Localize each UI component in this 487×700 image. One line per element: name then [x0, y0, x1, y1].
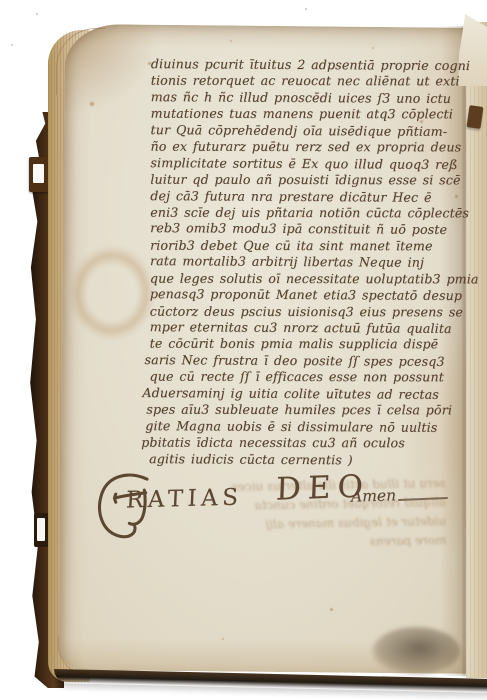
foxing-dot	[90, 102, 94, 106]
manuscript-line: rata mortalib3 arbitrij libertas Neque i…	[150, 253, 456, 271]
manuscript-line: que leges solutis oī necessitate uolupta…	[150, 270, 456, 287]
manuscript-line: spes aīu3 subleuate humiles pces ī celsa…	[146, 402, 455, 419]
clasp-hole	[37, 518, 45, 541]
manuscript-line: luitur qd paulo añ posuisti īdignus esse…	[150, 172, 456, 189]
text-block: diuinus pcurit ītuitus 2 adpsentiā propr…	[149, 56, 457, 468]
gratias-word: RATIAS	[125, 484, 243, 513]
dust-speck	[36, 13, 38, 15]
amen-word: Amen	[351, 486, 397, 505]
manuscript-photo: sera ut illud actis ille alterius uices …	[0, 0, 487, 700]
foxing-dot	[230, 40, 232, 42]
dust-speck	[11, 44, 13, 46]
manuscript-line: agitis iudicis cūcta cernentis )	[149, 451, 455, 469]
foxing-dot	[372, 47, 374, 49]
manuscript-line: penasq3 proponūt Manet etia3 spectatō de…	[150, 286, 456, 304]
manuscript-line: cūctorz deus pscius uisionisq3 eius pres…	[150, 303, 456, 320]
manuscript-line: eni3 scīe dej uis pñtaria notiōn cūcta c…	[150, 205, 456, 222]
manuscript-line: riorib3 debet Que cū ita sint manet ītem…	[150, 237, 456, 254]
manuscript-line: te cōcūrit bonis pmia malis supplicia di…	[150, 336, 456, 353]
showthrough-line: more parens	[228, 531, 446, 554]
manuscript-line: tur Quā cōprehēdendj oīa uisēdique pñtia…	[151, 122, 457, 140]
manuscript-line: saris Nec frustra ī deo posite ſſ spes p…	[145, 352, 456, 370]
manuscript-line: diuinus pcurit ītuitus 2 adpsentiā propr…	[151, 56, 457, 74]
manuscript-line: mas ñc h ñc illud pnoscēdi uices ſ3 uno …	[151, 89, 457, 107]
manuscript-line: mper eternitas cu3 nrorz actuū futūa qua…	[150, 319, 456, 337]
manuscript-line: gite Magna uobis ē si dissimulare nō uul…	[145, 418, 455, 436]
water-stain	[62, 238, 162, 348]
foxing-dot	[330, 608, 333, 611]
clasp-hole	[33, 164, 44, 183]
adjacent-page-corner	[458, 14, 487, 86]
manuscript-line: mutationes tuas manens puenit atq3 cōple…	[151, 106, 457, 123]
manuscript-line: que cū recte ſſ ī efficaces esse non pos…	[149, 369, 455, 386]
manuscript-line: dej cā3 futura nra prestare dicātur Hec …	[150, 188, 456, 206]
manuscript-line: ño ex futurarz puētu rerz sed ex propria…	[150, 139, 456, 156]
manuscript-line: reb3 omib3 modu3 ipā constituit ñ uō pos…	[150, 220, 456, 238]
foxing-dot	[222, 638, 224, 640]
manuscript-line: simplicitate sortitus ē Ex quo illud quo…	[150, 155, 456, 173]
manuscript-line: tionis retorquet ac reuocat nec aliēnat …	[151, 73, 457, 90]
manuscript-line: Aduersaminj ig uitia colite uītutes ad r…	[142, 385, 455, 403]
dust-speck	[305, 8, 307, 10]
manuscript-line: pbitatis īdicta necessitas cu3 añ oculos	[141, 435, 455, 452]
